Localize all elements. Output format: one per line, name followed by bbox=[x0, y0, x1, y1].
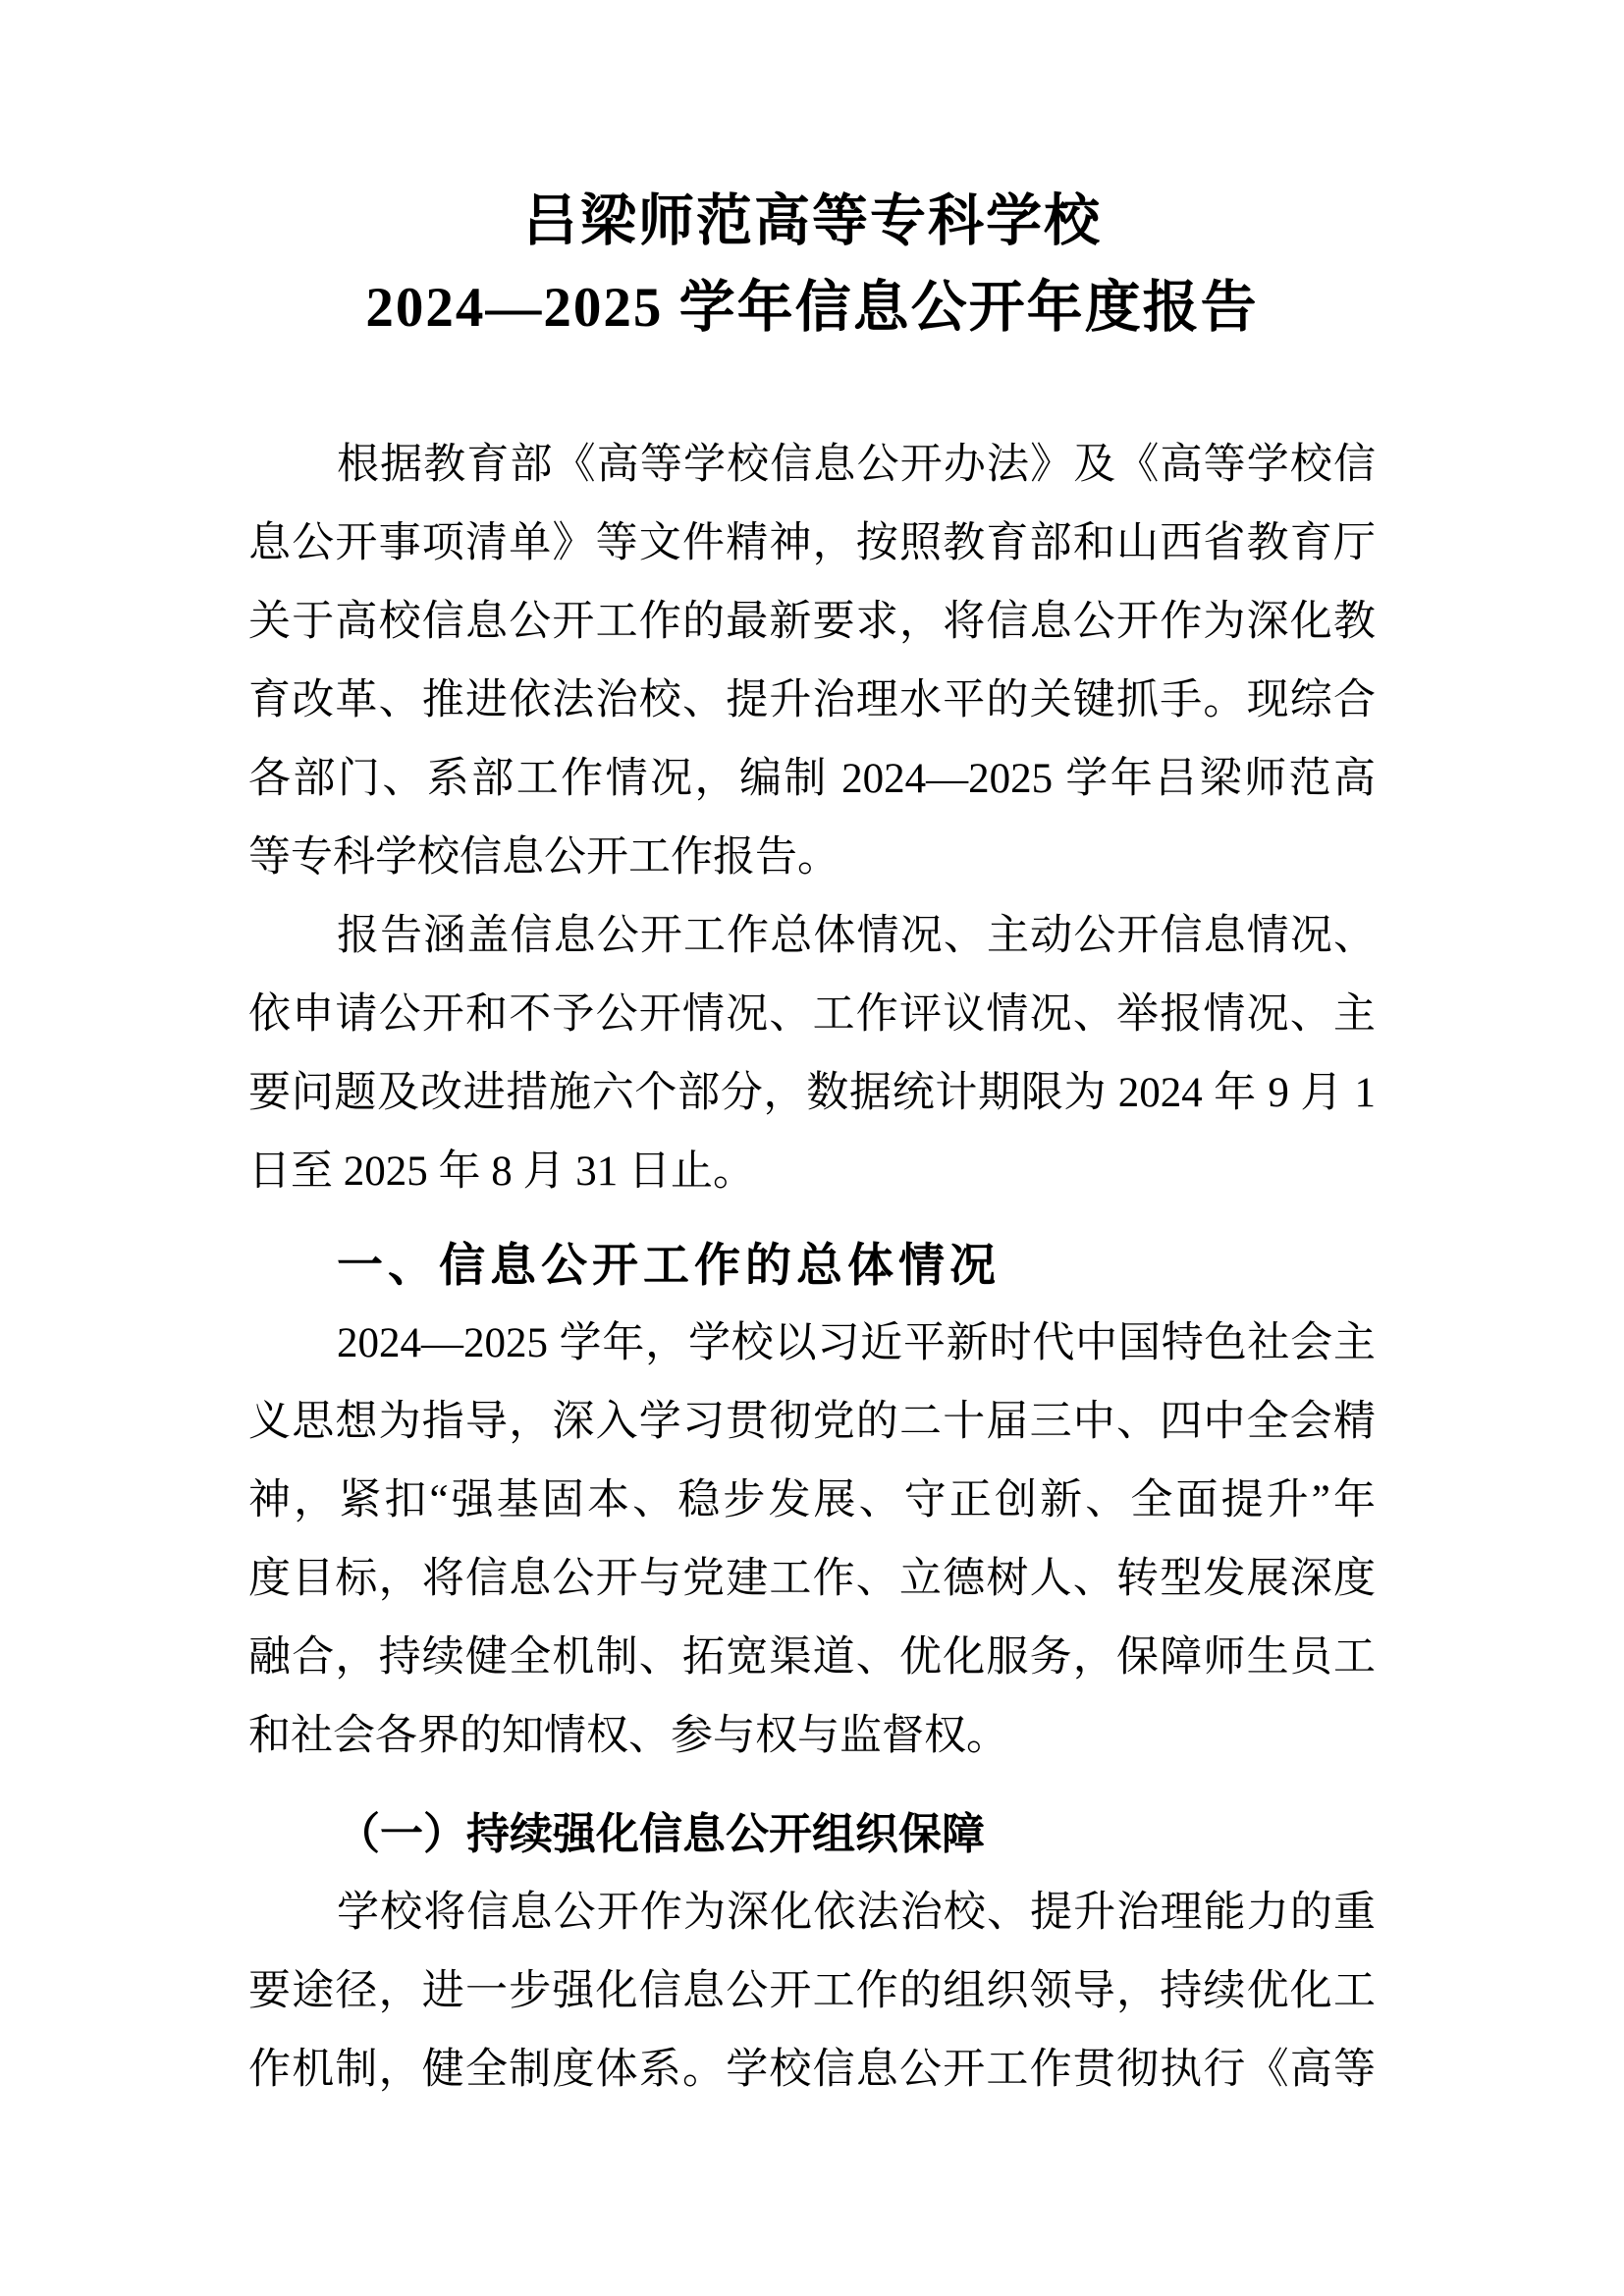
paragraph-line: 息公开事项清单》等文件精神，按照教育部和山西省教育厅 bbox=[248, 505, 1376, 583]
paragraph-first-line: 根据教育部《高等学校信息公开办法》及《高等学校信 bbox=[248, 426, 1376, 505]
paragraph-last-line: 和社会各界的知情权、参与权与监督权。 bbox=[248, 1697, 1376, 1776]
section-heading: 一、信息公开工作的总体情况 bbox=[248, 1226, 1376, 1305]
paragraph-line: 依申请公开和不予公开情况、工作评议情况、举报情况、主 bbox=[248, 976, 1376, 1054]
paragraph-line: 育改革、推进依法治校、提升治理水平的关键抓手。现综合 bbox=[248, 662, 1376, 740]
document-title: 吕梁师范高等专科学校 2024—2025 学年信息公开年度报告 bbox=[0, 0, 1624, 351]
paragraph-line: 作机制，健全制度体系。学校信息公开工作贯彻执行《高等 bbox=[248, 2031, 1376, 2109]
document-title-line-1: 吕梁师范高等专科学校 bbox=[0, 179, 1624, 265]
document-page: 吕梁师范高等专科学校 2024—2025 学年信息公开年度报告 根据教育部《高等… bbox=[0, 0, 1624, 2296]
paragraph-last-line: 日至 2025 年 8 月 31 日止。 bbox=[248, 1133, 1376, 1211]
paragraph-line: 要途径，进一步强化信息公开工作的组织领导，持续优化工 bbox=[248, 1952, 1376, 2031]
paragraph-last-line: 等专科学校信息公开工作报告。 bbox=[248, 819, 1376, 897]
paragraph-line: 融合，持续健全机制、拓宽渠道、优化服务，保障师生员工 bbox=[248, 1619, 1376, 1697]
paragraph-line: 神，紧扣“强基固本、稳步发展、守正创新、全面提升”年 bbox=[248, 1462, 1376, 1540]
paragraph-first-line: 报告涵盖信息公开工作总体情况、主动公开信息情况、 bbox=[248, 897, 1376, 976]
paragraph-line: 各部门、系部工作情况，编制 2024—2025 学年吕梁师范高 bbox=[248, 740, 1376, 819]
document-title-line-2: 2024—2025 学年信息公开年度报告 bbox=[0, 265, 1624, 351]
document-body: 根据教育部《高等学校信息公开办法》及《高等学校信息公开事项清单》等文件精神，按照… bbox=[248, 426, 1376, 2109]
subsection-heading: （一）持续强化信息公开组织保障 bbox=[248, 1795, 1376, 1874]
paragraph-first-line: 2024—2025 学年，学校以习近平新时代中国特色社会主 bbox=[248, 1305, 1376, 1383]
paragraph-first-line: 学校将信息公开作为深化依法治校、提升治理能力的重 bbox=[248, 1874, 1376, 1952]
paragraph-line: 关于高校信息公开工作的最新要求，将信息公开作为深化教 bbox=[248, 583, 1376, 662]
paragraph-line: 度目标，将信息公开与党建工作、立德树人、转型发展深度 bbox=[248, 1540, 1376, 1619]
paragraph-line: 要问题及改进措施六个部分，数据统计期限为 2024 年 9 月 1 bbox=[248, 1054, 1376, 1133]
paragraph-line: 义思想为指导，深入学习贯彻党的二十届三中、四中全会精 bbox=[248, 1383, 1376, 1462]
